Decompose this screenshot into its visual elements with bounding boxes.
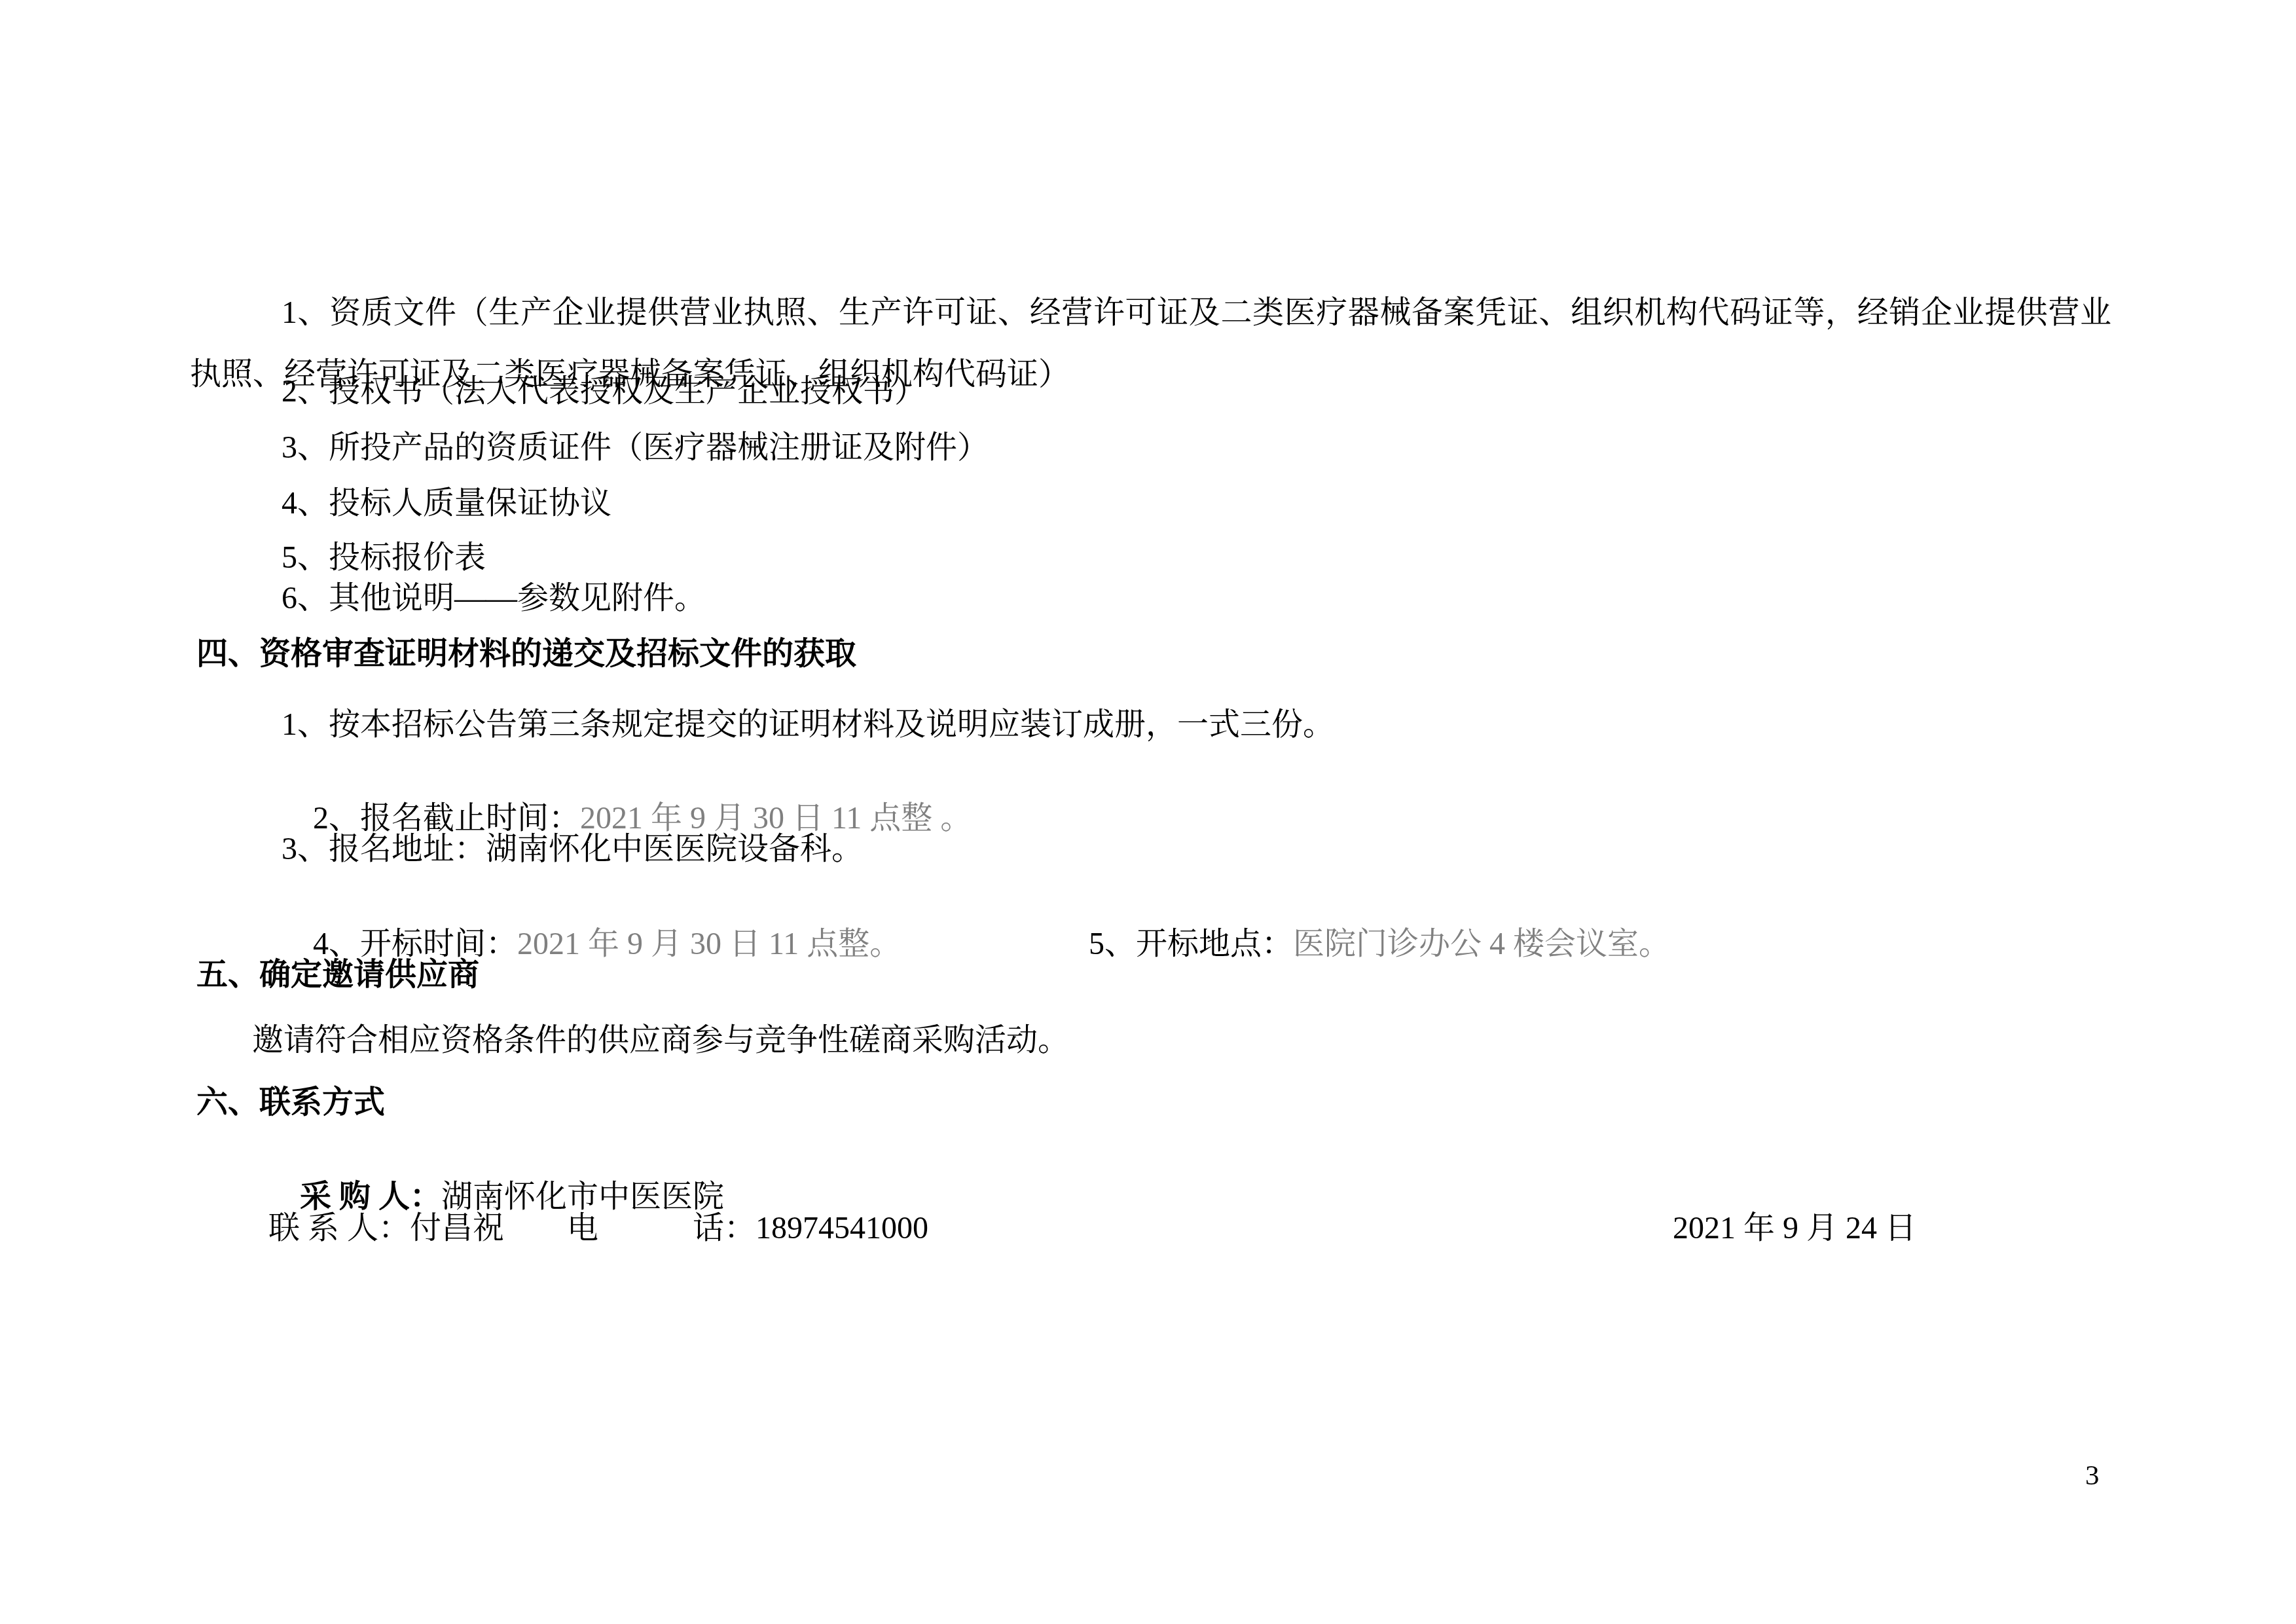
- product-certificates-item: 3、所投产品的资质证件（医疗器械注册证及附件）: [282, 432, 989, 464]
- purchaser-label: 采 购 人：: [300, 1179, 441, 1214]
- binding-requirement-item: 1、按本招标公告第三条规定提交的证明材料及说明应装订成册，一式三份。: [282, 709, 1334, 741]
- document-page: 1、资质文件（生产企业提供营业执照、生产许可证、经营许可证及二类医疗器械备案凭证…: [0, 0, 2296, 1624]
- bid-opening-place-label: 5、开标地点：: [1089, 927, 1293, 961]
- bid-opening-time-label: 4、开标时间：: [313, 927, 517, 961]
- registration-address-item: 3、报名地址：湖南怀化中医医院设备科。: [282, 834, 863, 865]
- invitation-statement: 邀请符合相应资格条件的供应商参与竞争性磋商采购活动。: [252, 1025, 1069, 1056]
- section5-heading: 五、确定邀请供应商: [196, 959, 479, 991]
- bid-opening-place-item: 5、开标地点：医院门诊办公 4 楼会议室。: [1057, 897, 1670, 991]
- contact-person-line: 联 系 人：付昌祝 电 话：18974541000: [268, 1213, 928, 1244]
- section6-heading: 六、联系方式: [196, 1087, 385, 1118]
- authorization-letter-item: 2、授权书（法人代表授权及生产企业授权书）: [282, 376, 926, 407]
- bid-opening-place-value: 医院门诊办公 4 楼会议室。: [1293, 927, 1670, 961]
- quality-guarantee-item: 4、投标人质量保证协议: [282, 488, 611, 519]
- registration-deadline-value: 2021 年 9 月 30 日 11 点整 。: [580, 801, 972, 836]
- registration-deadline-label: 2、报名截止时间：: [313, 801, 580, 836]
- purchaser-value: 湖南怀化市中医医院: [441, 1179, 724, 1214]
- other-notes-item: 6、其他说明——参数见附件。: [282, 583, 706, 614]
- bid-price-table-item: 5、投标报价表: [282, 542, 486, 574]
- document-date: 2021 年 9 月 24 日: [1673, 1213, 1916, 1244]
- section4-heading: 四、资格审查证明材料的递交及招标文件的获取: [196, 638, 856, 670]
- page-number: 3: [2085, 1462, 2100, 1490]
- bid-opening-time-value: 2021 年 9 月 30 日 11 点整。: [517, 927, 901, 961]
